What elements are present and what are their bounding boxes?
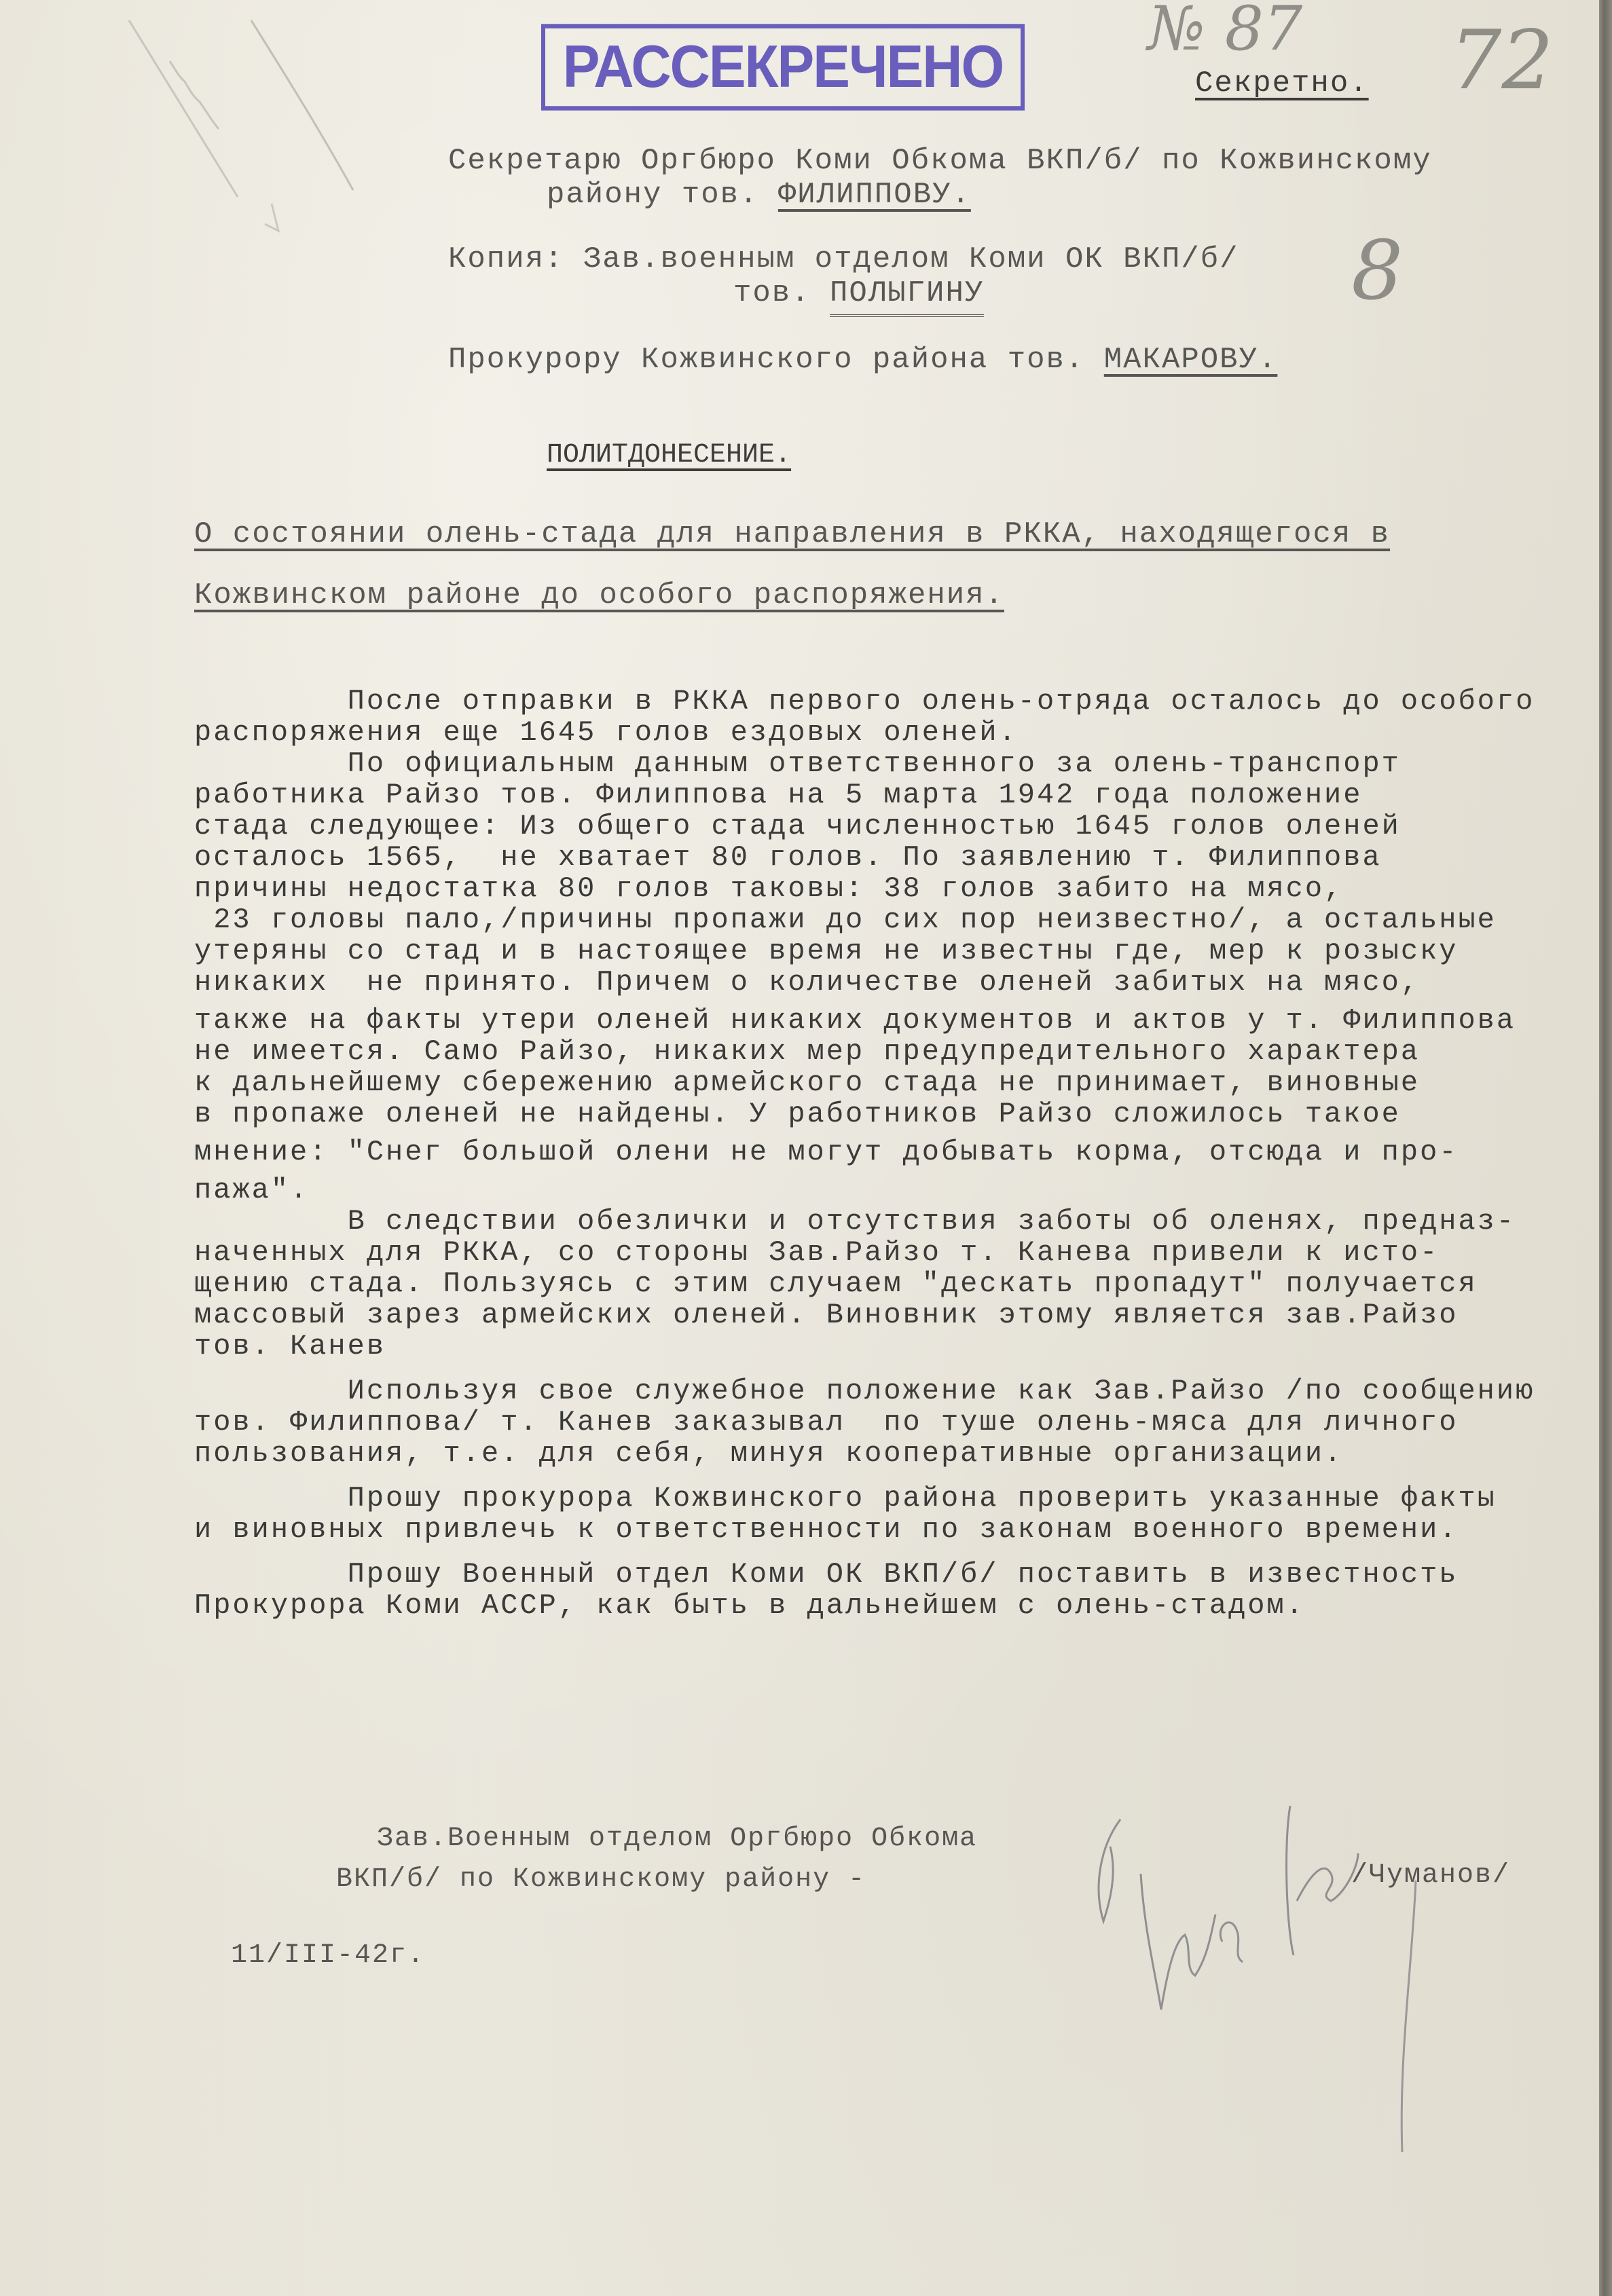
body-line: к дальнейшему сбережению армейского стад… xyxy=(194,1067,1593,1098)
body-line: осталось 1565, не хватает 80 голов. По з… xyxy=(194,842,1593,873)
signature-title-line-1: Зав.Военным отделом Оргбюро Обкома xyxy=(377,1823,977,1854)
body-line: щению стада. Пользуясь с этим случаем "д… xyxy=(194,1268,1593,1299)
copy-line-2: тов. ПОЛЫГИНУ xyxy=(733,276,984,310)
prosecutor-prefix: Прокурору Кожвинского района тов. xyxy=(448,343,1104,377)
signatory-name: /Чуманов/ xyxy=(1351,1860,1510,1891)
document-title: ПОЛИТДОНЕСЕНИЕ. xyxy=(547,440,791,470)
body-line: никаких не принято. Причем о количестве … xyxy=(194,967,1593,998)
body-line: также на факты утери оленей никаких доку… xyxy=(194,1005,1593,1036)
body-line: стада следующее: Из общего стада численн… xyxy=(194,811,1593,842)
body-line: массовый зарез армейских оленей. Виновни… xyxy=(194,1299,1593,1331)
document-date: 11/III-42г. xyxy=(231,1940,425,1971)
handwritten-signature-icon xyxy=(0,0,1,1)
body-line: В следствии обезлички и отсутствия забот… xyxy=(194,1206,1593,1237)
page-edge-shadow xyxy=(1599,0,1612,2296)
body-line: пользования, т.е. для себя, минуя коопер… xyxy=(194,1438,1593,1469)
addressee-line-2: району тов. ФИЛИППОВУ. xyxy=(547,178,971,212)
body-line: Используя свое служебное положение как З… xyxy=(194,1375,1593,1407)
handwritten-marginal-number: 8 xyxy=(1351,224,1403,318)
signature-title-line-2: ВКП/б/ по Кожвинскому району - xyxy=(336,1864,866,1895)
body-line: 23 головы пало,/причины пропажи до сих п… xyxy=(194,904,1593,936)
stamp-text: РАССЕКРЕЧЕНО xyxy=(563,33,1004,102)
body-line: мнение: "Снег большой олени не могут доб… xyxy=(194,1136,1593,1168)
body-line: пажа". xyxy=(194,1174,1593,1206)
body-line: тов. Филиппова/ т. Канев заказывал по ту… xyxy=(194,1407,1593,1438)
classification-label: Секретно. xyxy=(1195,67,1369,100)
subject-line-1: О состоянии олень-стада для направления … xyxy=(194,517,1390,551)
copy-name-polygin: ПОЛЫГИНУ xyxy=(830,276,984,317)
prosecutor-line: Прокурору Кожвинского района тов. МАКАРО… xyxy=(448,343,1277,377)
body-line: Прокурора Коми АССР, как быть в дальнейш… xyxy=(194,1590,1593,1621)
addressee-line-1: Секретарю Оргбюро Коми Обкома ВКП/б/ по … xyxy=(448,144,1432,178)
subject-line-2: Кожвинском районе до особого распоряжени… xyxy=(194,578,1004,612)
body-line: Прошу прокурора Кожвинского района прове… xyxy=(194,1483,1593,1514)
body-line: не имеется. Само Райзо, никаких мер пред… xyxy=(194,1036,1593,1067)
declassified-stamp: РАССЕКРЕЧЕНО xyxy=(541,24,1025,110)
body-line: После отправки в РККА первого олень-отря… xyxy=(194,686,1593,717)
body-line: утеряны со стад и в настоящее время не и… xyxy=(194,936,1593,967)
body-line: и виновных привлечь к ответственности по… xyxy=(194,1514,1593,1545)
body-line: причины недостатка 80 голов таковы: 38 г… xyxy=(194,873,1593,904)
body-line: Прошу Военный отдел Коми ОК ВКП/б/ поста… xyxy=(194,1559,1593,1590)
prosecutor-name-makarov: МАКАРОВУ. xyxy=(1104,343,1278,377)
body-line: распоряжения еще 1645 голов ездовых олен… xyxy=(194,717,1593,748)
addressee-line-2-prefix: району тов. xyxy=(547,178,778,212)
copy-line-2-prefix: тов. xyxy=(733,276,830,310)
body-line: По официальным данным ответственного за … xyxy=(194,748,1593,779)
body-line: наченных для РККА, со стороны Зав.Райзо … xyxy=(194,1237,1593,1268)
handwritten-page-number: 72 xyxy=(1450,14,1554,108)
body-line: тов. Канев xyxy=(194,1331,1593,1362)
body-line: в пропаже оленей не найдены. У работнико… xyxy=(194,1098,1593,1130)
body-text: После отправки в РККА первого олень-отря… xyxy=(194,686,1593,1621)
handwritten-top-number: № 87 xyxy=(1148,0,1302,64)
body-line: работника Райзо тов. Филиппова на 5 март… xyxy=(194,779,1593,811)
addressee-name-filippov: ФИЛИППОВУ. xyxy=(778,178,971,212)
copy-line-1: Копия: Зав.военным отделом Коми ОК ВКП/б… xyxy=(448,242,1239,276)
